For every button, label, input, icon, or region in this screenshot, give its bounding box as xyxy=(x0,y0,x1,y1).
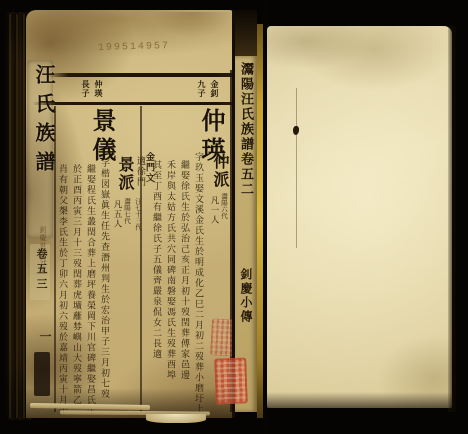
branch-count-2: 凡五人 xyxy=(112,200,124,229)
parentage-note-entry-1: 金釗 九子 xyxy=(196,80,220,98)
frame-top-rule xyxy=(46,73,233,77)
bio-column: 適徐門 xyxy=(135,156,148,188)
parentage-father: 金釗 xyxy=(209,80,220,98)
right-page-bottom-shadow xyxy=(267,392,452,408)
frame-header-rule xyxy=(32,102,233,105)
title-slip-sub-text: 釗慶小傳 xyxy=(238,268,255,324)
right-page-fold-mark xyxy=(296,88,297,248)
generation-notes-2: 汪七十三代 灊陽七代 xyxy=(122,198,142,231)
right-page-edge-shadow xyxy=(448,26,456,412)
title-slip-main-text: 灊陽汪氏族譜卷五二 xyxy=(237,62,256,197)
parentage-rank: 九子 xyxy=(196,80,207,98)
bio-column: 禾岸與太姑方氏共穴同碑南磐娶馮氏生歿葬酉埠 xyxy=(165,160,178,381)
branch-label-1: 仲派 xyxy=(208,153,231,189)
bio-column: 肖有朝父槼李氏生於丁卯六月初六歿於嘉靖丙寅十月十 xyxy=(57,164,70,416)
column-divider xyxy=(140,106,142,412)
bio-column: 繼娶程氏生叢閏合葬上磨坪養榮岡下川官碑繼娶昌氏生 xyxy=(85,164,98,416)
generation-note: 汪七十三代 xyxy=(133,198,142,231)
bio-column: 字楷図嶽眞生任先查潛州判生於宏治甲子三月初七歿 xyxy=(99,158,112,400)
library-stamp-number: 199514957 xyxy=(98,41,170,54)
photo-of-open-genealogy-book: 汪氏族譜 卷五三 199514957 金釗 九子 仲瑛 長子 仲瑛 仲派 汪七十… xyxy=(0,0,468,434)
slip-top-shadow xyxy=(235,10,257,56)
bio-column: 字玖玉娶文溪金氏生於明成化乙巳二月初二歿葬小磨圩上 xyxy=(193,152,206,415)
bio-column: 於正酉丙寅三月十三歿閏葬虎壙蘺棼嶼山大歿寧箭乙 xyxy=(71,164,84,406)
parentage-note-entry-2: 仲瑛 長子 xyxy=(80,80,104,98)
parentage-rank: 長子 xyxy=(80,80,91,98)
red-collector-seal-lower xyxy=(214,357,248,404)
folio-chapter-label: 釗慶世系分支 xyxy=(38,226,48,274)
right-blank-page xyxy=(267,26,452,408)
bio-column: 其至丁酉有繼徐氏子五儀齊嚴泉侃女二長適 xyxy=(151,160,164,360)
page-corner-sliver xyxy=(146,414,206,423)
branch-count-1: 凡一人 xyxy=(209,196,221,225)
folio-page-number: 一 xyxy=(37,330,54,342)
branch-label-2: 景派 xyxy=(113,156,136,192)
paper-stain xyxy=(150,12,234,38)
bio-column: 繼娶徐氏生於弘治己亥正月初十歿閏葬傅家邑邊 xyxy=(179,160,192,381)
column-divider xyxy=(54,106,56,412)
parentage-father: 仲瑛 xyxy=(93,80,104,98)
